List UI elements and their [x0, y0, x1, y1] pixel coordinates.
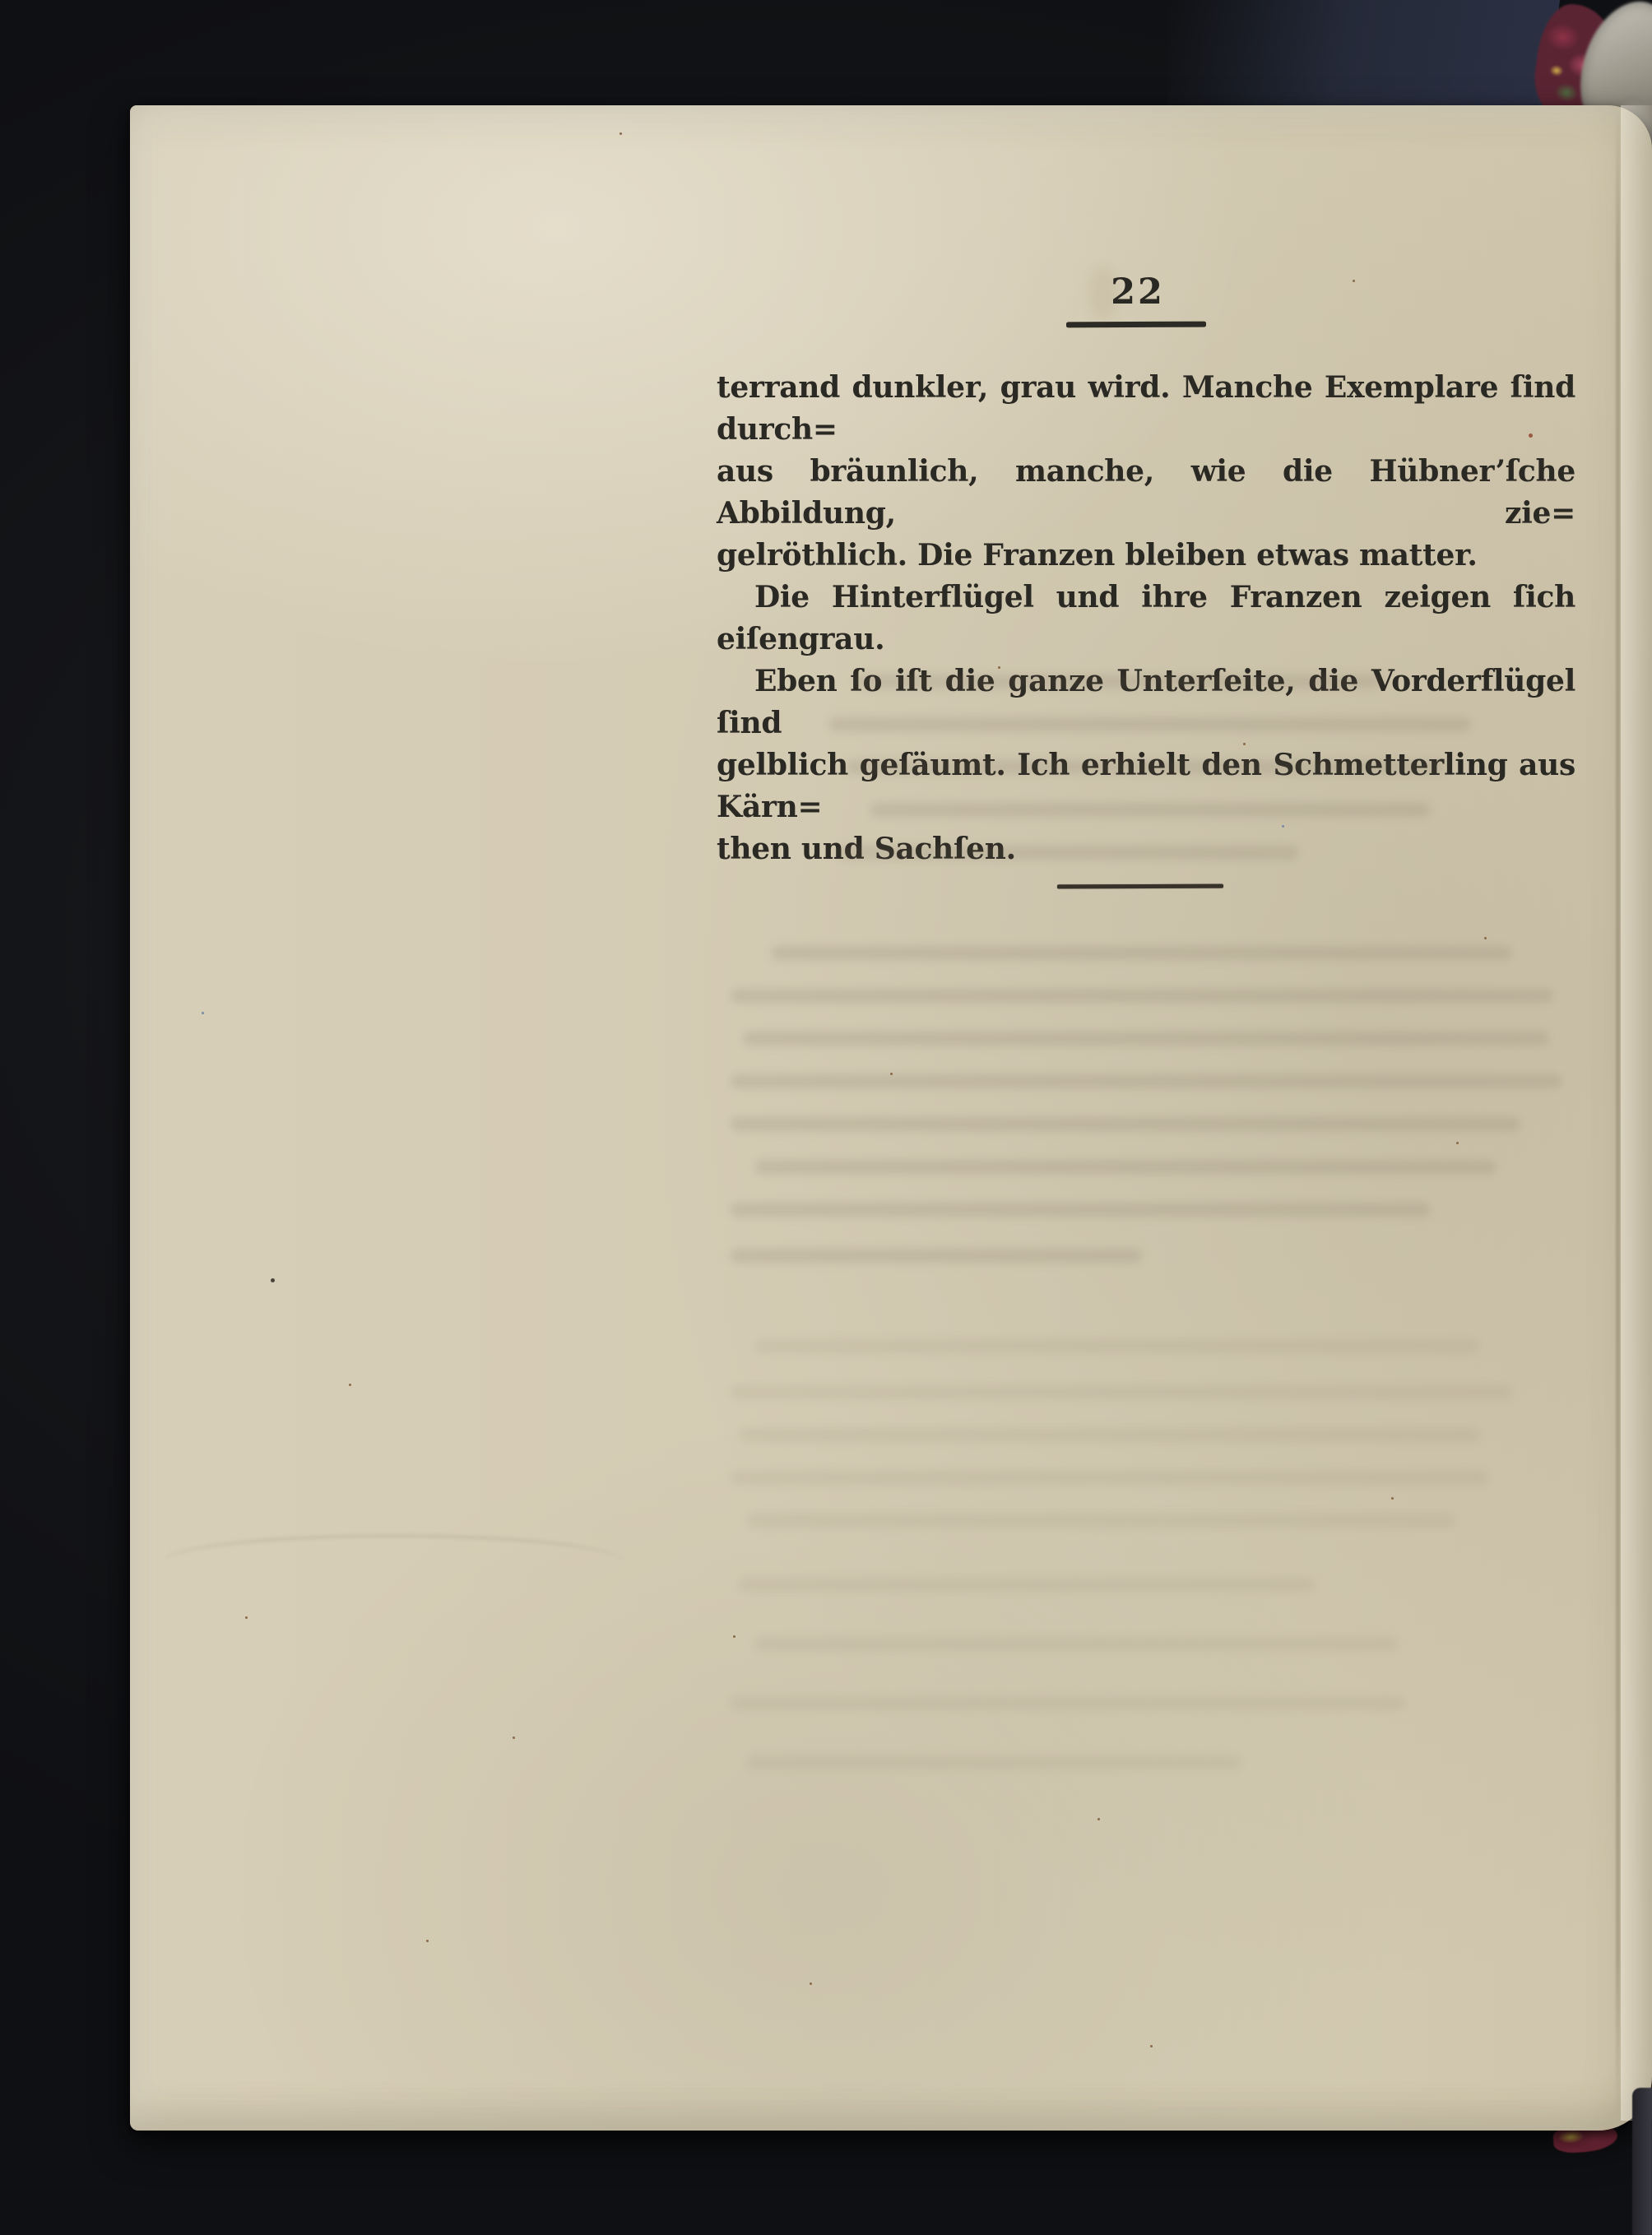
showthrough-line: [829, 717, 1471, 731]
text-line: aus bräunlich, manche, wie die Hübner’ſc…: [717, 451, 1575, 535]
page-number: 22: [1069, 275, 1207, 310]
showthrough-line: [731, 989, 1553, 1003]
showthrough-line: [731, 1249, 1142, 1263]
showthrough-line: [838, 846, 1298, 860]
showthrough-line: [846, 760, 1446, 774]
showthrough-line: [747, 1514, 1455, 1528]
showthrough-line: [731, 1471, 1487, 1485]
text-line: terrand dunkler, grau wird. Manche Exemp…: [717, 367, 1575, 451]
showthrough-line: [739, 1578, 1315, 1592]
showthrough-line: [854, 675, 1381, 689]
section-divider-rule: [1057, 884, 1223, 889]
showthrough-line: [743, 1032, 1549, 1046]
showthrough-line: [731, 1696, 1405, 1710]
showthrough-line: [747, 1755, 1241, 1769]
showthrough-line: [755, 1339, 1479, 1353]
text-line: Eben ſo iſt die ganze Unterſeite, die Vo…: [717, 661, 1575, 744]
showthrough-line: [739, 1428, 1479, 1442]
text-line: Die Hinterflügel und ihre Franzen zeigen…: [717, 577, 1575, 661]
body-text: terrand dunkler, grau wird. Manche Exemp…: [717, 367, 1575, 870]
showthrough-line: [731, 1203, 1430, 1217]
back-cover-edge: [1632, 2088, 1652, 2235]
showthrough-line: [772, 946, 1512, 960]
book-scan: 22 terrand dunkler, grau wird. Manche Ex…: [0, 0, 1652, 2235]
showthrough-line: [731, 1074, 1562, 1088]
showthrough-line: [870, 803, 1430, 817]
fore-edge-crease: [1616, 109, 1620, 2116]
book-page: 22 terrand dunkler, grau wird. Manche Ex…: [130, 105, 1652, 2131]
showthrough-line: [755, 1637, 1397, 1651]
fore-edge-highlight: [1621, 105, 1652, 2121]
showthrough-line: [731, 1385, 1512, 1399]
showthrough-line: [755, 1160, 1496, 1174]
showthrough-line: [731, 1117, 1520, 1131]
paper-specks: [130, 105, 132, 108]
page-number-rule: [1066, 322, 1206, 328]
paper-crease: [163, 1535, 624, 1589]
text-line: gelröthlich. Die Franzen bleiben etwas m…: [717, 535, 1575, 577]
